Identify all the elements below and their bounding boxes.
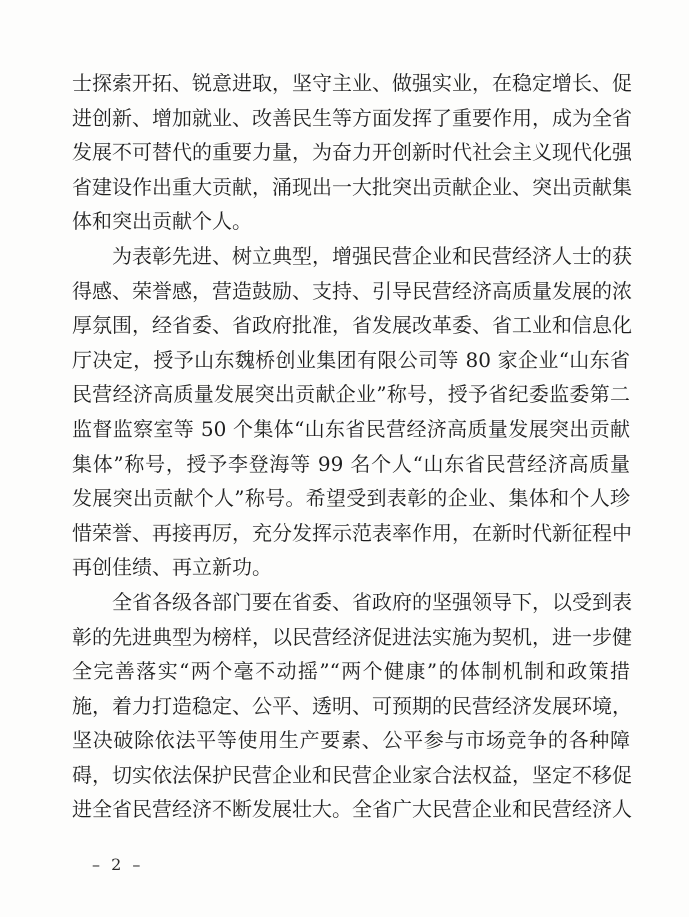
- text-line: 发展不可替代的重要力量，为奋力开创新时代社会主义现代化强: [72, 135, 630, 170]
- text-line: 为表彰先进、树立典型，增强民营企业和民营经济人士的获: [72, 239, 630, 274]
- text-line: 体和突出贡献个人。: [72, 204, 630, 239]
- document-page: 士探索开拓、锐意进取，坚守主业、做强实业，在稳定增长、促进创新、增加就业、改善民…: [0, 0, 689, 917]
- page-number: – 2 –: [92, 855, 143, 874]
- text-line: 发展突出贡献个人”称号。希望受到表彰的企业、集体和个人珍: [72, 481, 630, 516]
- text-line: 监督监察室等 50 个集体“山东省民营经济高质量发展突出贡献: [72, 412, 630, 447]
- text-line: 全完善落实“两个毫不动摇”“两个健康”的体制机制和政策措: [72, 654, 630, 689]
- text-line: 进创新、增加就业、改善民生等方面发挥了重要作用，成为全省: [72, 101, 630, 136]
- text-line: 再创佳绩、再立新功。: [72, 550, 630, 585]
- text-line: 彰的先进典型为榜样，以民营经济促进法实施为契机，进一步健: [72, 620, 630, 655]
- text-line: 士探索开拓、锐意进取，坚守主业、做强实业，在稳定增长、促: [72, 66, 630, 101]
- text-line: 全省各级各部门要在省委、省政府的坚强领导下，以受到表: [72, 585, 630, 620]
- text-line: 省建设作出重大贡献，涌现出一大批突出贡献企业、突出贡献集: [72, 170, 630, 205]
- text-line: 坚决破除依法平等使用生产要素、公平参与市场竞争的各种障: [72, 723, 630, 758]
- text-line: 民营经济高质量发展突出贡献企业”称号，授予省纪委监委第二: [72, 377, 630, 412]
- text-line: 厚氛围，经省委、省政府批准，省发展改革委、省工业和信息化: [72, 308, 630, 343]
- text-line: 厅决定，授予山东魏桥创业集团有限公司等 80 家企业“山东省: [72, 343, 630, 378]
- text-line: 得感、荣誉感，营造鼓励、支持、引导民营经济高质量发展的浓: [72, 274, 630, 309]
- text-line: 碍，切实依法保护民营企业和民营企业家合法权益，坚定不移促: [72, 758, 630, 793]
- body-text: 士探索开拓、锐意进取，坚守主业、做强实业，在稳定增长、促进创新、增加就业、改善民…: [72, 66, 630, 827]
- text-line: 进全省民营经济不断发展壮大。全省广大民营企业和民营经济人: [72, 792, 630, 827]
- text-line: 集体”称号，授予李登海等 99 名个人“山东省民营经济高质量: [72, 447, 630, 482]
- text-line: 施，着力打造稳定、公平、透明、可预期的民营经济发展环境，: [72, 689, 630, 724]
- text-line: 惜荣誉、再接再厉，充分发挥示范表率作用，在新时代新征程中: [72, 516, 630, 551]
